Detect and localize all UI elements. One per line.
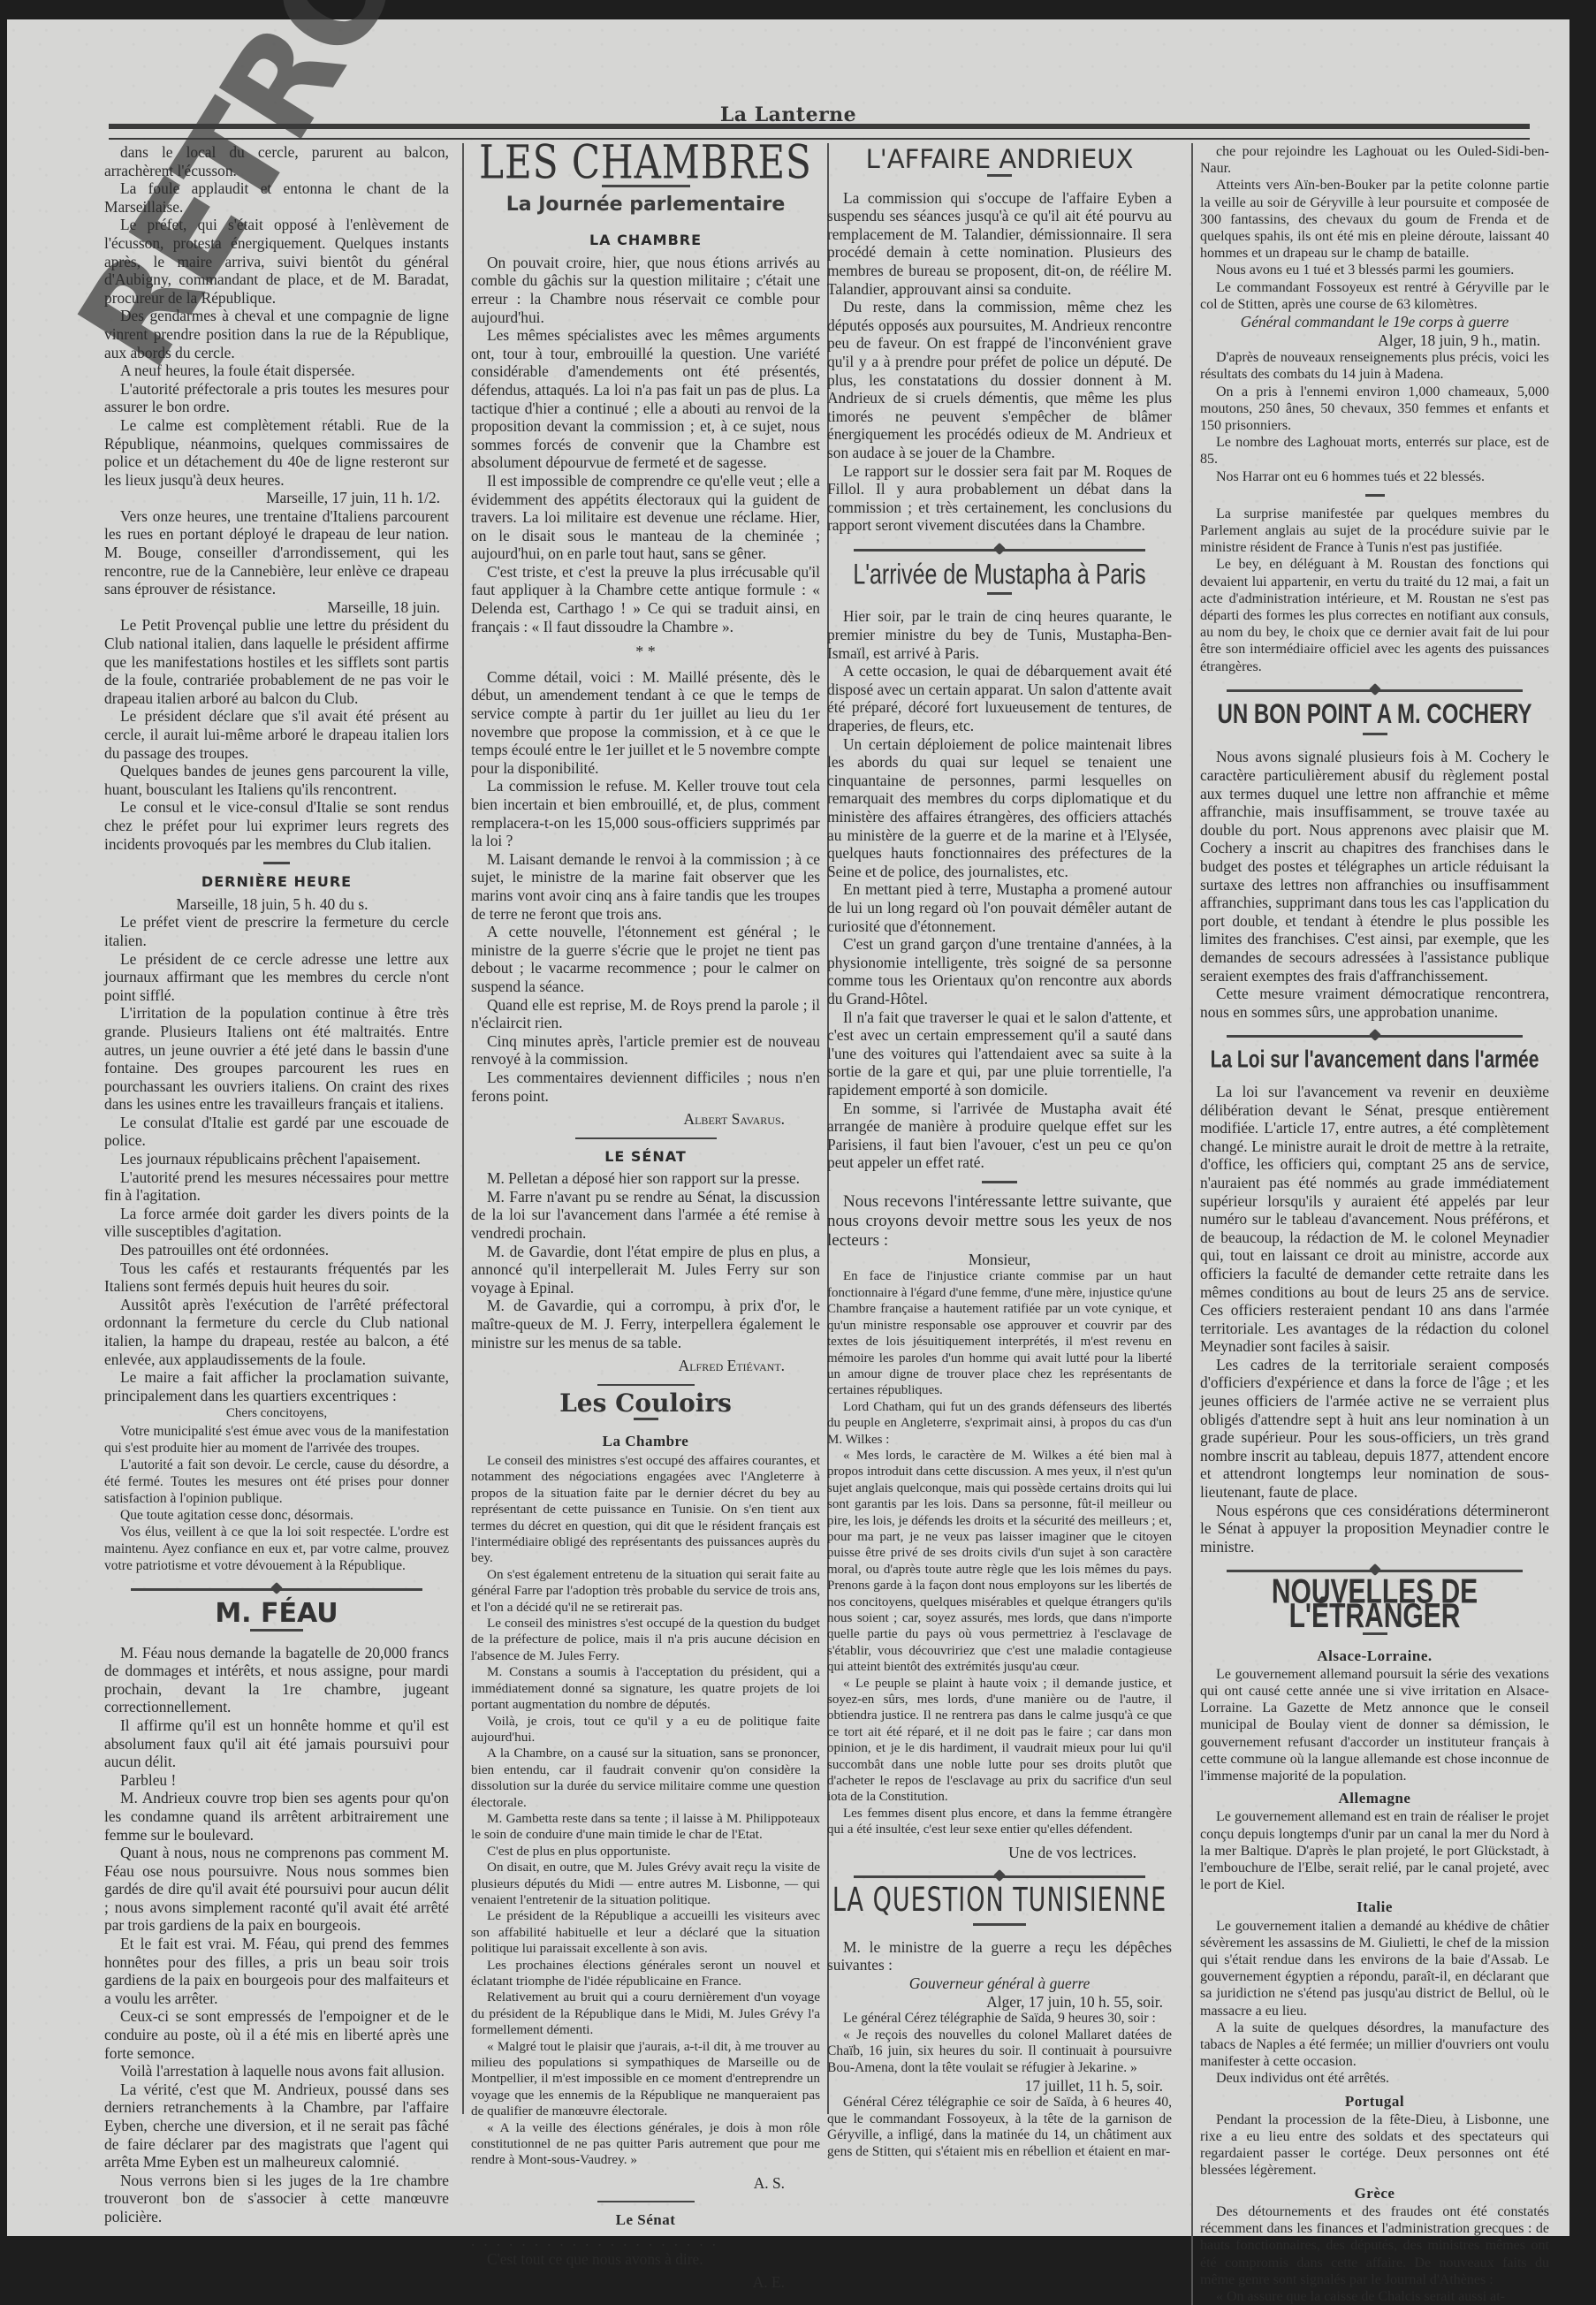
column-1: dans le local du cercle, parurent au bal… — [104, 143, 449, 2226]
paragraph: Le consulat d'Italie est gardé par une e… — [104, 1114, 449, 1150]
paragraph: Le gouvernement allemand poursuit la sér… — [1200, 1666, 1549, 1784]
paragraph: En somme, si l'arrivée de Mustapha avait… — [827, 1099, 1172, 1172]
paragraph-group: Comme détail, voici : M. Maillé présente… — [471, 668, 820, 1105]
paragraph: Tous les cafés et restaurants fréquentés… — [104, 1259, 449, 1296]
dateline: Marseille, 18 juin, 5 h. 40 du s. — [104, 895, 449, 914]
paragraph: M. de Gavardie, qui a corrompu, à prix d… — [471, 1297, 820, 1351]
paragraph: Les journaux républicains prêchent l'apa… — [104, 1150, 449, 1168]
paragraph: « Je reçois des nouvelles du colonel Mal… — [827, 2027, 1172, 2077]
author-signature: Alfred Etiévant. — [471, 1357, 820, 1375]
divider — [987, 174, 1012, 177]
country-heading: Alsace-Lorraine. — [1200, 1647, 1549, 1664]
paragraph: « Mes lords, le caractère de M. Wilkes a… — [827, 1448, 1172, 1676]
paragraph: Le calme est complètement rétabli. Rue d… — [104, 416, 449, 489]
paragraph: M. Constans a soumis à l'acceptation du … — [471, 1664, 820, 1713]
paragraph: L'irritation de la population continue à… — [104, 1004, 449, 1114]
paragraph: Cette mesure vraiment démocratique renco… — [1200, 985, 1549, 1021]
paragraph-group: Le préfet vient de prescrire la fermetur… — [104, 913, 449, 1404]
article-title-les-couloirs: Les Couloirs — [471, 1395, 820, 1413]
paragraph: Le général Cérez télégraphie de Saïda, 9… — [827, 2011, 1172, 2027]
article-title-question-tunisienne: LA QUESTION TUNISIENNE — [827, 1890, 1172, 1913]
article-title-mustapha: L'arrivée de Mustapha à Paris — [827, 563, 1172, 587]
paragraph: Voilà l'arrestation à laquelle nous avon… — [104, 2062, 449, 2081]
paragraph-group: Le conseil des ministres s'est occupé de… — [471, 1453, 820, 2169]
paragraph: Quelques bandes de jeunes gens parcouren… — [104, 762, 449, 798]
article-title-cochery: UN BON POINT A M. COCHERY — [1200, 704, 1549, 727]
paragraph: Le président de la République a accueill… — [471, 1908, 820, 1957]
country-heading: Allemagne — [1200, 1790, 1549, 1807]
paragraph: Le Petit Provençal publie une lettre du … — [104, 616, 449, 707]
ornamental-divider — [131, 1588, 422, 1591]
section-heading-la-chambre: LA CHAMBRE — [471, 232, 820, 250]
paragraph-group: Nous recevons l'intéressante lettre suiv… — [827, 1192, 1172, 1251]
ornamental-divider — [1227, 689, 1523, 692]
dateline: 17 juillet, 11 h. 5, soir. — [827, 2077, 1172, 2096]
paragraph: Voilà, je crois, tout ce qu'il y a eu de… — [471, 1714, 820, 1746]
paragraph: Le président déclare que s'il avait été … — [104, 707, 449, 762]
column-2: LES CHAMBRES La Journée parlementaire LA… — [462, 143, 829, 2114]
ornamental-divider — [1227, 1035, 1523, 1038]
dotted-separator: .................... — [471, 2232, 820, 2250]
paragraph: La foule applaudit et entonna le chant d… — [104, 179, 449, 216]
paragraph: Le consul et le vice-consul d'Italie se … — [104, 798, 449, 853]
divider — [575, 1137, 717, 1139]
paragraph: Des détournements et des fraudes ont été… — [1200, 2203, 1549, 2269]
paragraph: Nous espérons que ces considérations dét… — [1200, 1502, 1549, 1556]
divider — [1365, 494, 1385, 497]
paragraph: Quand elle est reprise, M. de Roys prend… — [471, 996, 820, 1032]
divider — [597, 1384, 695, 1386]
ornamental-divider — [854, 549, 1145, 552]
paragraph: Des patrouilles ont été ordonnées. — [104, 1241, 449, 1259]
ornamental-divider — [854, 1875, 1145, 1878]
paragraph: La commission qui s'occupe de l'affaire … — [827, 189, 1172, 299]
paragraph: M. de Gavardie, dont l'état empire de pl… — [471, 1243, 820, 1297]
paragraph: Les prochaines élections générales seron… — [471, 1958, 820, 1990]
article-title-les-chambres: LES CHAMBRES — [471, 151, 820, 174]
paragraph: Général Cérez télégraphie ce soir de Saï… — [827, 2095, 1172, 2160]
paragraph: A cette occasion, le quai de débarquemen… — [827, 662, 1172, 734]
paragraph-group: D'après de nouveaux renseignements plus … — [1200, 349, 1549, 485]
paragraph: En mettant pied à terre, Mustapha a prom… — [827, 880, 1172, 935]
paragraph: Quant à nous, nous ne comprenons pas com… — [104, 1844, 449, 1935]
paragraph: Aussitôt après l'exécution de l'arrêté p… — [104, 1296, 449, 1368]
dispatch-heading: Général commandant le 19e corps à guerre — [1200, 313, 1549, 331]
paragraph: Le commandant Fossoyeux est rentré à Gér… — [1200, 279, 1549, 313]
closing-text: C'est tout ce que nous avons à dire. — [471, 2250, 820, 2269]
paragraph: Vers onze heures, une trentaine d'Italie… — [104, 507, 449, 598]
paragraph: « A la veille des élections générales, j… — [471, 2120, 820, 2169]
header-rule — [109, 124, 1530, 140]
paragraph-group: La surprise manifestée par quelques memb… — [1200, 506, 1549, 675]
paragraph: Nos Harrar ont eu 6 hommes tués et 22 bl… — [1200, 468, 1549, 485]
paragraph: Le rapport sur le dossier sera fait par … — [827, 462, 1172, 535]
newspaper-page: RETRO La Lanterne dans le local du cercl… — [7, 19, 1569, 2236]
paragraph: Le conseil des ministres s'est occupé de… — [471, 1453, 820, 1567]
paragraph: dans le local du cercle, parurent au bal… — [104, 143, 449, 179]
paragraph: Les cadres de la territoriale seraient c… — [1200, 1356, 1549, 1502]
divider — [973, 1923, 1026, 1926]
paragraph: On pouvait croire, hier, que nous étions… — [471, 254, 820, 326]
paragraph: Atteints vers Aïn-ben-Bouker par la peti… — [1200, 177, 1549, 262]
paragraph: Relativement au bruit qui a couru derniè… — [471, 1989, 820, 2038]
paragraph: Le conseil des ministres s'est occupé de… — [471, 1616, 820, 1664]
column-3: L'AFFAIRE ANDRIEUX La commission qui s'o… — [827, 143, 1172, 2161]
paragraph: Ceux-ci se sont empressés de l'empoigner… — [104, 2007, 449, 2062]
paragraph: Nous avons eu 1 tué et 3 blessés parmi l… — [1200, 262, 1549, 278]
author-signature: Une de vos lectrices. — [827, 1844, 1172, 1862]
paragraph: « Le peuple se plaint à haute voix ; il … — [827, 1676, 1172, 1806]
paragraph: Hier soir, par le train de cinq heures q… — [827, 607, 1172, 662]
divider — [263, 862, 290, 864]
paragraph: A la suite de quelques désordres, la man… — [1200, 2020, 1549, 2071]
paragraph: Les mêmes spécialistes avec les mêmes ar… — [471, 326, 820, 472]
paragraph: Le président de ce cercle adresse une le… — [104, 950, 449, 1005]
divider — [987, 592, 1012, 595]
paragraph-group: Votre municipalité s'est émue avec vous … — [104, 1423, 449, 1574]
paragraph: Comme détail, voici : M. Maillé présente… — [471, 668, 820, 778]
paragraph: Il n'a fait que traverser le quai et le … — [827, 1008, 1172, 1099]
paragraph: On s'est également entretenu de la situa… — [471, 1567, 820, 1616]
paragraph-group: M. le ministre de la guerre a reçu les d… — [827, 1938, 1172, 1974]
paragraph: M. Gambetta reste dans sa tente ; il lai… — [471, 1811, 820, 1844]
paragraph: D'après de nouveaux renseignements plus … — [1200, 349, 1549, 383]
divider — [982, 1181, 1017, 1183]
article-title-avancement: La Loi sur l'avancement dans l'armée — [1200, 1049, 1549, 1073]
paragraph: On disait, en outre, que M. Jules Grévy … — [471, 1860, 820, 1908]
paragraph: Le maire a fait afficher la proclamation… — [104, 1368, 449, 1404]
paragraph: che pour rejoindre les Laghouat ou les O… — [1200, 143, 1549, 177]
paragraph: Lord Chatham, qui fut un des grands défe… — [827, 1399, 1172, 1448]
paragraph: Que toute agitation cesse donc, désormai… — [104, 1507, 449, 1524]
paragraph: Cinq minutes après, l'article premier es… — [471, 1032, 820, 1069]
paragraph: Les femmes disent plus encore, et dans l… — [827, 1806, 1172, 1838]
paragraph-group: Hier soir, par le train de cinq heures q… — [827, 607, 1172, 1171]
paragraph: M. Laisant demande le renvoi à la commis… — [471, 850, 820, 923]
paragraph-group: On pouvait croire, hier, que nous étions… — [471, 254, 820, 635]
paragraph-group: dans le local du cercle, parurent au bal… — [104, 143, 449, 489]
divider — [597, 2201, 695, 2202]
paragraph-group: M. Pelletan a déposé hier son rapport su… — [471, 1169, 820, 1351]
paragraph: M. Farre n'avant pu se rendre au Sénat, … — [471, 1188, 820, 1243]
paragraph: L'autorité préfectorale a pris toutes le… — [104, 380, 449, 416]
paragraph: C'est un grand garçon d'une trentaine d'… — [827, 935, 1172, 1008]
paragraph: Nous avons signalé plusieurs fois à M. C… — [1200, 748, 1549, 985]
dateline: Alger, 17 juin, 10 h. 55, soir. — [827, 1993, 1172, 2012]
paragraph: C'est triste, et c'est la preuve la plus… — [471, 563, 820, 635]
paragraph-group: Nous avons signalé plusieurs fois à M. C… — [1200, 748, 1549, 1021]
foreign-news-sections: Alsace-Lorraine.Le gouvernement allemand… — [1200, 1647, 1549, 2269]
paragraph: M. Pelletan a déposé hier son rapport su… — [471, 1169, 820, 1188]
paragraph: On a pris à l'ennemi environ 1,000 chame… — [1200, 384, 1549, 435]
paragraph-group: che pour rejoindre les Laghouat ou les O… — [1200, 143, 1549, 313]
paragraph: M. Féau nous demande la bagatelle de 20,… — [104, 1644, 449, 1716]
dateline: Alger, 18 juin, 9 h., matin. — [1200, 331, 1549, 350]
paragraph-group: Le Petit Provençal publie une lettre du … — [104, 616, 449, 853]
divider — [250, 1629, 303, 1632]
paragraph: Les commentaires deviennent difficiles ;… — [471, 1069, 820, 1105]
divider — [1363, 733, 1387, 735]
paragraph-group: La commission qui s'occupe de l'affaire … — [827, 189, 1172, 535]
article-title-affaire-andrieux: L'AFFAIRE ANDRIEUX — [827, 150, 1172, 169]
paragraph-group: Vers onze heures, une trentaine d'Italie… — [104, 507, 449, 598]
paragraph: M. Andrieux couvre trop bien ses agents … — [104, 1789, 449, 1844]
article-title-nouvelles-etranger: NOUVELLES DE L'ÉTRANGER — [1200, 1581, 1549, 1629]
country-heading: Grèce — [1200, 2185, 1549, 2202]
country-heading: Portugal — [1200, 2093, 1549, 2110]
paragraph: La vérité, c'est que M. Andrieux, poussé… — [104, 2081, 449, 2172]
paragraph: L'autorité prend les mesures nécessaires… — [104, 1168, 449, 1205]
paragraph-group: Général Cérez télégraphie ce soir de Saï… — [827, 2095, 1172, 2160]
paragraph: Le préfet vient de prescrire la fermetur… — [104, 913, 449, 949]
author-signature: Albert Savarus. — [471, 1110, 820, 1129]
dateline: Marseille, 17 juin, 11 h. 1/2. — [104, 489, 449, 507]
paragraph: La force armée doit garder les divers po… — [104, 1205, 449, 1241]
paragraph: Vos élus, veillent à ce que la loi soit … — [104, 1524, 449, 1574]
paragraph: Du reste, dans la commission, même chez … — [827, 298, 1172, 461]
dispatch-heading: Gouverneur général à guerre — [827, 1974, 1172, 1993]
paragraph-group: La loi sur l'avancement va revenir en de… — [1200, 1083, 1549, 1556]
salutation: Chers concitoyens, — [104, 1404, 449, 1423]
paragraph: Nous recevons l'intéressante lettre suiv… — [827, 1192, 1172, 1251]
paragraph: Le nombre des Laghouat morts, enterrés s… — [1200, 434, 1549, 468]
subsection-heading-le-senat: Le Sénat — [471, 2211, 820, 2230]
dateline: Marseille, 18 juin. — [104, 598, 449, 617]
column-4: che pour rejoindre les Laghouat ou les O… — [1191, 143, 1549, 2269]
section-heading-le-senat: LE SÉNAT — [471, 1148, 820, 1167]
paragraph: Il affirme qu'il est un honnête homme et… — [104, 1716, 449, 1771]
paragraph: C'est de plus en plus opportuniste. — [471, 1844, 820, 1860]
paragraph: Des gendarmes à cheval et une compagnie … — [104, 307, 449, 361]
paragraph: Et le fait est vrai. M. Féau, qui prend … — [104, 1935, 449, 2007]
paragraph: Le préfet, qui s'était opposé à l'enlève… — [104, 216, 449, 307]
paragraph: Votre municipalité s'est émue avec vous … — [104, 1423, 449, 1457]
section-heading-derniere-heure: DERNIÈRE HEURE — [104, 873, 449, 892]
paragraph: Pendant la procession de la fête-Dieu, à… — [1200, 2111, 1549, 2179]
paragraph: Le bey, en déléguant à M. Roustan des fo… — [1200, 556, 1549, 674]
article-subtitle: La Journée parlementaire — [471, 196, 820, 215]
article-title-feau: M. FÉAU — [104, 1605, 449, 1624]
paragraph-group: Le général Cérez télégraphie de Saïda, 9… — [827, 2011, 1172, 2076]
author-signature: A. S. — [471, 2174, 820, 2193]
paragraph: Il est impossible de comprendre ce qu'el… — [471, 472, 820, 563]
divider — [634, 1418, 658, 1420]
separator-stars: * * — [471, 643, 820, 661]
paragraph: A cette nouvelle, l'étonnement est génér… — [471, 923, 820, 995]
paragraph: L'autorité a fait son devoir. Le cercle,… — [104, 1457, 449, 1507]
salutation: Monsieur, — [827, 1251, 1172, 1269]
paragraph-group: M. Féau nous demande la bagatelle de 20,… — [104, 1644, 449, 2226]
subsection-heading: La Chambre — [471, 1433, 820, 1451]
paragraph: Nous verrons bien si les juges de la 1re… — [104, 2172, 449, 2226]
country-heading: Italie — [1200, 1898, 1549, 1915]
paragraph: Deux individus ont été arrêtés. — [1200, 2070, 1549, 2087]
paragraph: La commission le refuse. M. Keller trouv… — [471, 777, 820, 849]
paragraph: La surprise manifestée par quelques memb… — [1200, 506, 1549, 557]
paragraph: M. le ministre de la guerre a reçu les d… — [827, 1938, 1172, 1974]
paragraph: En face de l'injustice criante commise p… — [827, 1268, 1172, 1398]
paragraph: La loi sur l'avancement va revenir en de… — [1200, 1083, 1549, 1356]
paragraph: « Malgré tout le plaisir que j'aurais, a… — [471, 2039, 820, 2120]
paragraph: Un certain déploiement de police mainten… — [827, 735, 1172, 881]
paragraph: A neuf heures, la foule était dispersée. — [104, 361, 449, 380]
paragraph-group: En face de l'injustice criante commise p… — [827, 1268, 1172, 1837]
paragraph: A la Chambre, on a causé sur la situatio… — [471, 1746, 820, 1811]
paragraph: Le gouvernement allemand est en train de… — [1200, 1808, 1549, 1893]
paragraph: Le gouvernement italien a demandé au khé… — [1200, 1918, 1549, 2020]
paragraph: Parbleu ! — [104, 1771, 449, 1790]
